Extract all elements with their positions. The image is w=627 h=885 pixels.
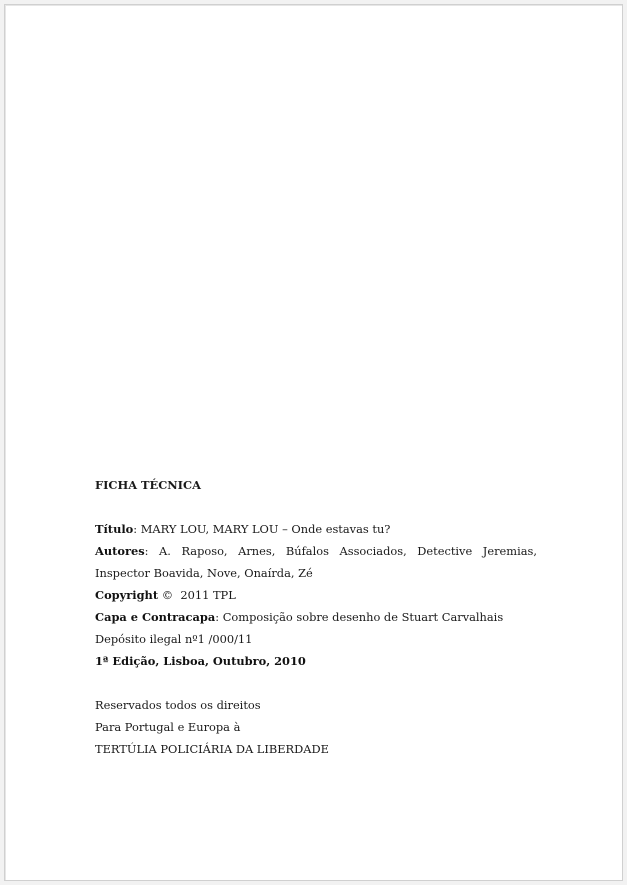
cover-label: Capa e Contracapa [95, 610, 215, 624]
rights-line-2: Para Portugal e Europa à [95, 716, 537, 738]
authors-label: Autores [95, 544, 145, 558]
edition-entry: 1ª Edição, Lisboa, Outubro, 2010 [95, 650, 537, 672]
cover-value: Composição sobre desenho de Stuart Carva… [223, 610, 503, 624]
cover-entry: Capa e Contracapa: Composição sobre dese… [95, 606, 537, 628]
rights-line-1: Reservados todos os direitos [95, 694, 537, 716]
title-entry: Título: MARY LOU, MARY LOU – Onde estava… [95, 518, 537, 540]
spacer [95, 672, 537, 694]
deposit-entry: Depósito ilegal nº1 /000/11 [95, 628, 537, 650]
authors-value-line1: A. Raposo, Arnes, Búfalos Associados, De… [159, 544, 537, 558]
colophon: FICHA TÉCNICA Título: MARY LOU, MARY LOU… [95, 474, 537, 760]
colophon-heading: FICHA TÉCNICA [95, 474, 537, 496]
copyright-label: Copyright [95, 588, 158, 602]
page-frame: FICHA TÉCNICA Título: MARY LOU, MARY LOU… [0, 0, 627, 885]
copyright-value: © 2011 TPL [158, 588, 236, 602]
authors-entry: Autores: A. Raposo, Arnes, Búfalos Assoc… [95, 540, 537, 562]
document-page: FICHA TÉCNICA Título: MARY LOU, MARY LOU… [4, 4, 623, 881]
title-value: MARY LOU, MARY LOU – Onde estavas tu? [141, 522, 391, 536]
copyright-entry: Copyright © 2011 TPL [95, 584, 537, 606]
title-label: Título [95, 522, 133, 536]
authors-value-line2: Inspector Boavida, Nove, Onaírda, Zé [95, 562, 537, 584]
rights-line-3: TERTÚLIA POLICIÁRIA DA LIBERDADE [95, 738, 537, 760]
